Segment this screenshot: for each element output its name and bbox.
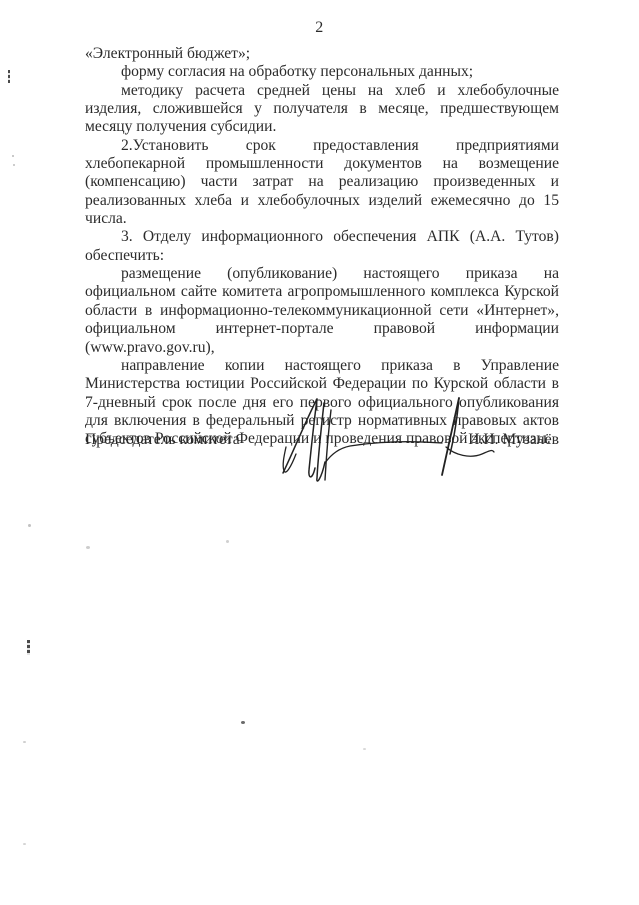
scan-artifact <box>241 721 245 724</box>
body-paragraph: методику расчета средней цены на хлеб и … <box>85 82 559 137</box>
handwritten-signature-icon <box>270 390 510 488</box>
scanned-document-page: 2 «Электронный бюджет»; форму согласия н… <box>0 0 639 905</box>
scan-artifact <box>8 70 10 83</box>
body-paragraph: 3. Отделу информационного обеспечения АП… <box>85 228 559 265</box>
body-paragraph: «Электронный бюджет»; <box>85 45 559 63</box>
scan-artifact <box>13 164 15 166</box>
document-body: «Электронный бюджет»; форму согласия на … <box>85 45 559 449</box>
body-paragraph: 2.Установить срок предоставления предпри… <box>85 137 559 229</box>
scan-artifact <box>12 155 14 157</box>
scan-artifact <box>86 546 90 549</box>
scan-artifact <box>23 741 26 743</box>
body-paragraph: форму согласия на обработку персональных… <box>85 63 559 81</box>
scan-artifact <box>226 540 229 543</box>
page-number: 2 <box>0 19 639 37</box>
body-paragraph: размещение (опубликование) настоящего пр… <box>85 265 559 357</box>
scan-artifact <box>23 843 26 845</box>
signatory-position-title: Председатель комитета <box>85 431 240 449</box>
scan-artifact <box>363 748 366 750</box>
scan-artifact <box>27 640 30 655</box>
scan-artifact <box>28 524 31 527</box>
